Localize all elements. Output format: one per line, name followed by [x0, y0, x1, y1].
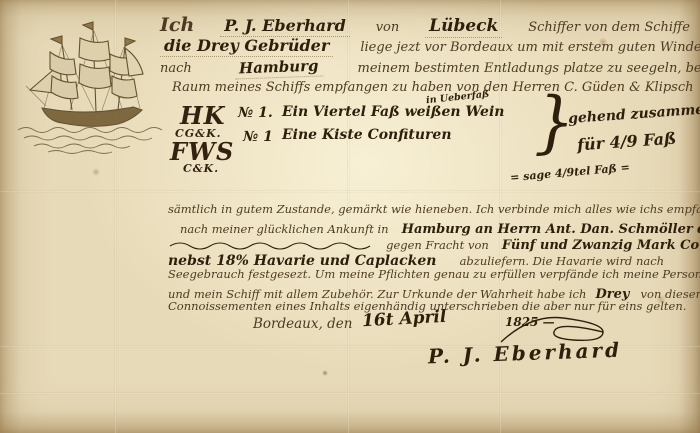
printed-nach: nach: [160, 61, 192, 76]
dateline-date: 16t April: [362, 307, 447, 331]
printed-von: von: [376, 20, 400, 35]
intro-line-2: die Drey Gebrüder liege jezt vor Bordeau…: [160, 36, 700, 55]
ship-engraving-icon: [14, 18, 166, 160]
flourish-line: [168, 240, 373, 250]
dateline-place: Bordeaux, den: [253, 316, 352, 332]
cargo-item-2: Eine Kiste Confituren: [282, 127, 452, 143]
cargo-total-note: = sage 4/9tel Faß =: [510, 161, 631, 184]
salutation-ich: Ich: [160, 14, 194, 36]
body-line-4-printed: abzuliefern. Die Havarie wird nach: [460, 254, 665, 268]
intro-line-3: nach Hamburg meinem bestimten Entladungs…: [160, 57, 700, 78]
port-of-origin: Lübeck: [425, 16, 502, 38]
paper-stain: [92, 168, 100, 176]
printed-bestimmten: meinem bestimten Entladungs platze zu se…: [358, 61, 700, 76]
cargo-total-line-2: für 4/9 Faß: [576, 129, 676, 155]
intro-line-1: Ich P. J. Eberhard von Lübeck Schiffer v…: [160, 14, 690, 38]
printed-raum: Raum meines Schiffs empfangen zu haben v…: [172, 80, 694, 95]
body-line-5: Seegebrauch festgesezt. Um meine Pflicht…: [168, 267, 700, 281]
cargo-mark-1: HK: [180, 101, 226, 130]
paper-crease: [0, 392, 700, 395]
printed-liege: liege jezt vor Bordeaux um mit erstem gu…: [360, 40, 700, 55]
ship-name: die Drey Gebrüder: [160, 36, 333, 57]
paper-crease: [0, 190, 700, 193]
cargo-item-1: Ein Viertel Faß weißen Wein: [282, 104, 504, 120]
paper-stain: [322, 370, 328, 376]
bill-of-lading-document: Ich P. J. Eberhard von Lübeck Schiffer v…: [0, 0, 700, 433]
body-line-1: sämtlich in gutem Zustande, gemärkt wie …: [168, 202, 700, 216]
captain-name: P. J. Eberhard: [220, 16, 350, 37]
intro-line-4: Raum meines Schiffs empfangen zu haben v…: [172, 76, 694, 95]
printed-schiffer: Schiffer von dem Schiffe: [528, 20, 690, 35]
signature-text: P. J. Eberhard: [428, 338, 623, 369]
cargo-number-1: № 1.: [238, 105, 273, 121]
cargo-mark-2-sub: C&K.: [183, 162, 219, 175]
cargo-number-2: № 1: [243, 129, 273, 145]
cargo-total-line-1: gehend zusammen: [568, 101, 700, 127]
